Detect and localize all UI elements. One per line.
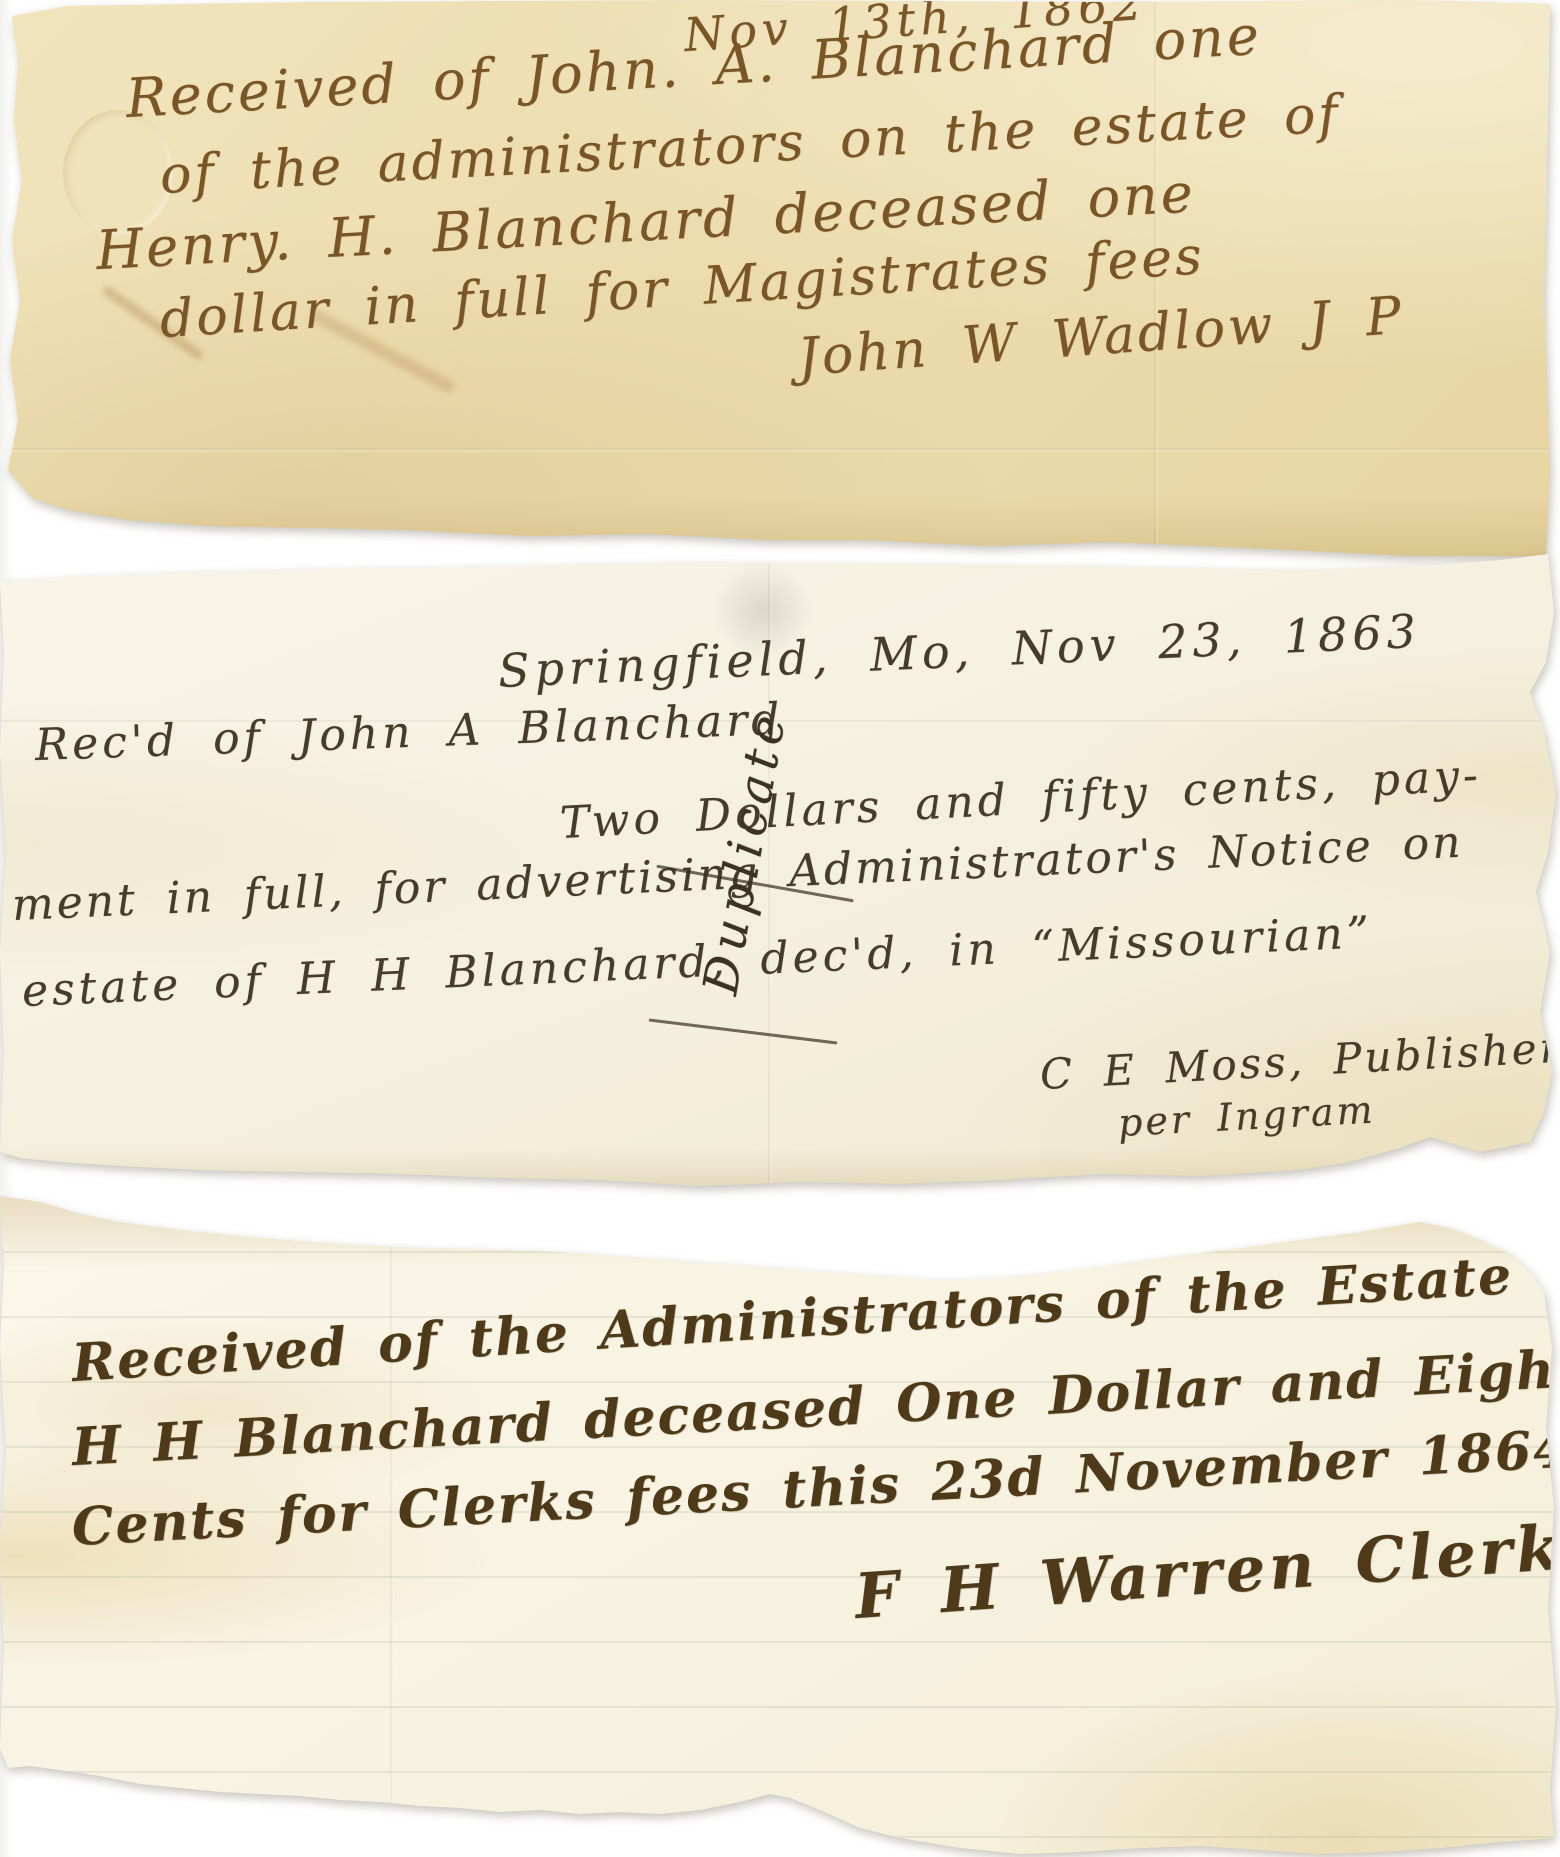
receipt-1863-signature-note: per Ingram	[1117, 1091, 1376, 1142]
receipt-1863-line-1: Rec'd of John A Blanchard	[34, 698, 784, 768]
receipt-1863-signature: C E Moss, Publisher	[1039, 1027, 1560, 1096]
receipt-1863-place-date: Springfield, Mo, Nov 23, 1863	[497, 608, 1422, 694]
receipt-1864-signature: F H Warren Clerk	[853, 1517, 1560, 1628]
receipt-1863-paper: Springfield, Mo, Nov 23, 1863 Rec'd of J…	[0, 552, 1556, 1200]
fold-crease-horizontal	[8, 448, 1550, 452]
document-scan: Nov 13th, 1862 Received of John. A. Blan…	[0, 0, 1560, 1857]
receipt-1864-paper: Received of the Administrators of the Es…	[0, 1188, 1560, 1857]
receipt-1862-paper: Nov 13th, 1862 Received of John. A. Blan…	[8, 0, 1550, 562]
receipt-1862-paper-surface: Nov 13th, 1862 Received of John. A. Blan…	[8, 0, 1550, 562]
receipt-1864-paper-surface: Received of the Administrators of the Es…	[0, 1188, 1560, 1857]
receipt-1863-paper-surface: Springfield, Mo, Nov 23, 1863 Rec'd of J…	[0, 552, 1556, 1200]
pen-stroke	[649, 1018, 838, 1044]
